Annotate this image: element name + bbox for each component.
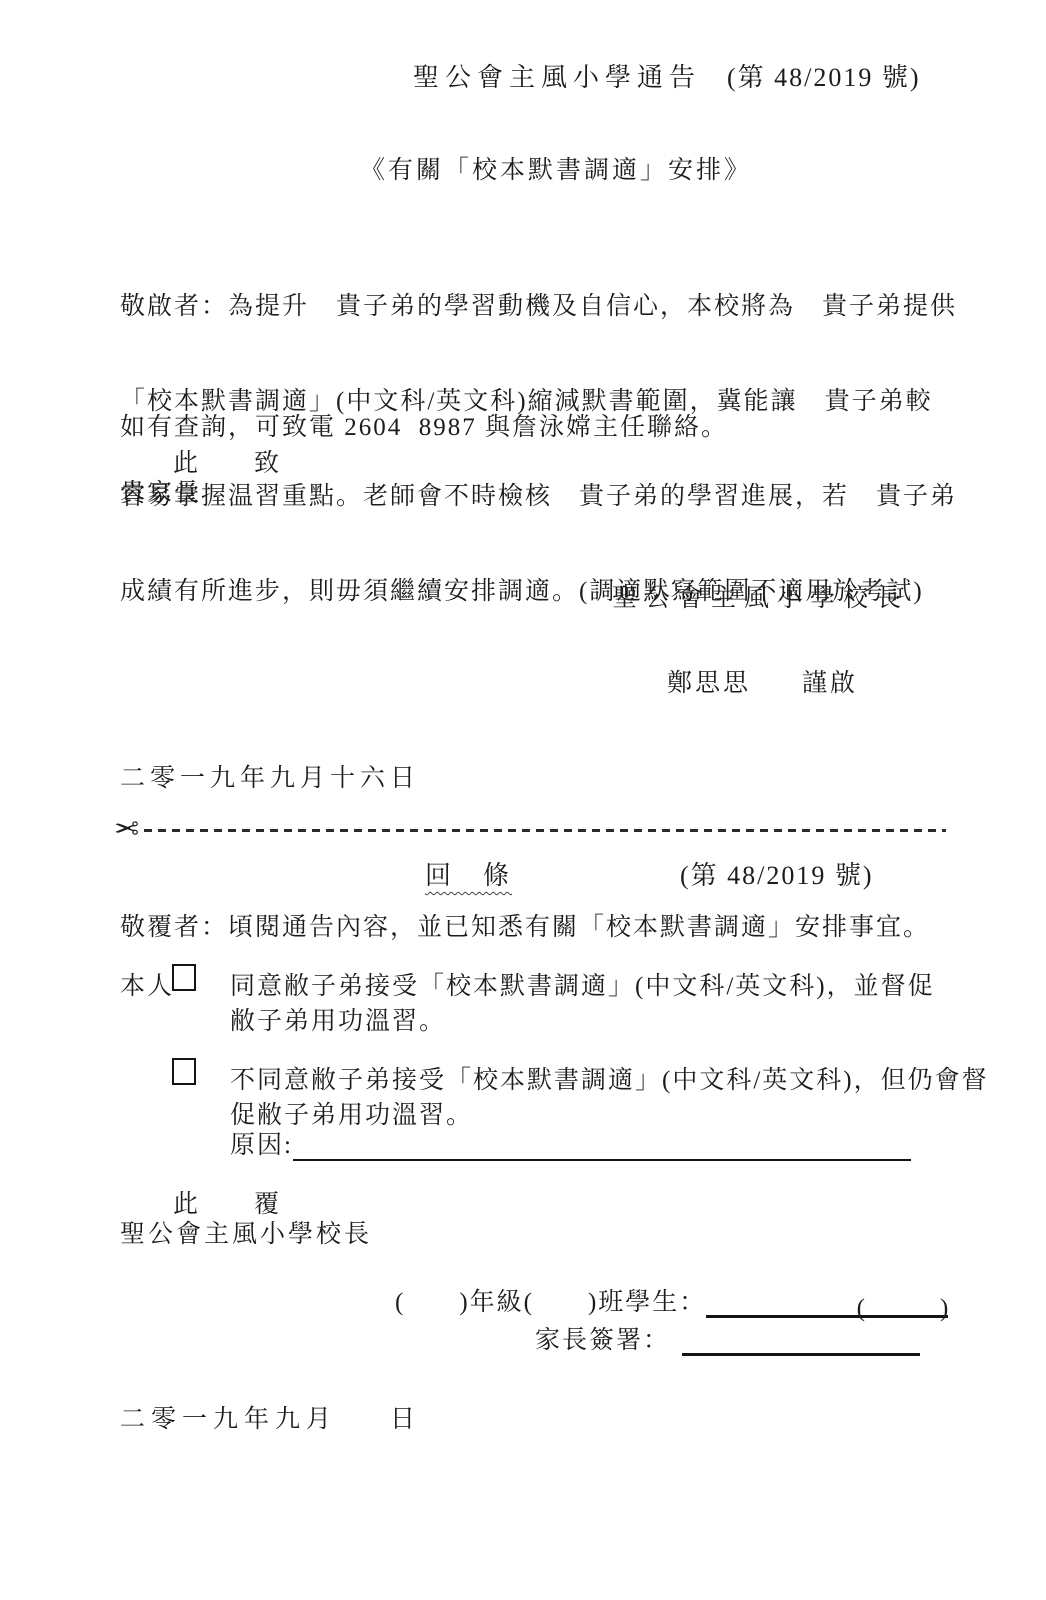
disagree-option-line-1: 不同意敝子弟接受「校本默書調適」(中文科/英文科)，但仍會督: [230, 1060, 989, 1096]
student-class-label: ( )年級( )班學生：: [395, 1282, 706, 1318]
body-line-3: 容易掌握温習重點。老師會不時檢核 貴子弟的學習進展，若 貴子弟: [120, 476, 957, 515]
reason-row: 原因:: [230, 1125, 911, 1161]
notice-document: 聖公會主風小學通告 (第 48/2019 號) 《有關「校本默書調適」安排》 敬…: [0, 0, 1046, 1600]
cut-line: ✂: [114, 815, 946, 845]
closing-word: 謹啟: [802, 663, 858, 699]
contact-line: 如有查詢，可致電 2604 8987 與詹泳嫦主任聯絡。: [120, 407, 728, 443]
reason-label: 原因:: [230, 1125, 293, 1161]
principal-name: 鄭思思: [667, 663, 751, 699]
cut-dashed-line: [144, 829, 946, 832]
reason-fill-line[interactable]: [293, 1131, 911, 1161]
scissors-icon: ✂: [114, 815, 139, 845]
parent-sign-fill-line[interactable]: [682, 1326, 920, 1356]
reply-slip-number: (第 48/2019 號): [680, 855, 874, 892]
reply-intro: 敬覆者：頃閱通告內容，並已知悉有關「校本默書調適」安排事宜。: [120, 907, 930, 943]
reply-slip-title: 回 條: [425, 855, 512, 892]
student-name-fill-line[interactable]: ( ): [706, 1288, 948, 1318]
notice-date: 二零一九年九月十六日: [120, 758, 420, 794]
notice-subject: 《有關「校本默書調適」安排》: [360, 150, 752, 186]
agree-option-line-1: 同意敝子弟接受「校本默書調適」(中文科/英文科)，並督促: [230, 966, 935, 1002]
reply-date-prefix: 二零一九年九月: [120, 1399, 337, 1435]
parent-sign-label: 家長簽署：: [535, 1320, 670, 1356]
student-row: ( )年級( )班學生： ( ): [395, 1282, 948, 1318]
student-paren: ( ): [857, 1295, 949, 1322]
addressee: 貴家長: [120, 473, 201, 509]
notice-title: 聖公會主風小學通告: [413, 57, 701, 94]
agree-option-line-2: 敝子弟用功溫習。: [230, 1001, 446, 1037]
parent-sign-row: 家長簽署：: [535, 1320, 920, 1356]
reply-addressee: 聖公會主風小學校長: [120, 1214, 372, 1250]
person-prefix: 本人: [120, 966, 174, 1002]
notice-number: (第 48/2019 號): [727, 57, 921, 94]
disagree-checkbox[interactable]: [172, 1058, 196, 1085]
principal-title: 聖公會主風小學校長: [612, 578, 909, 614]
agree-checkbox[interactable]: [172, 964, 196, 991]
body-line-1: 敬啟者：為提升 貴子弟的學習動機及自信心，本校將為 貴子弟提供: [120, 286, 957, 325]
reply-date-day: 日: [390, 1399, 417, 1435]
